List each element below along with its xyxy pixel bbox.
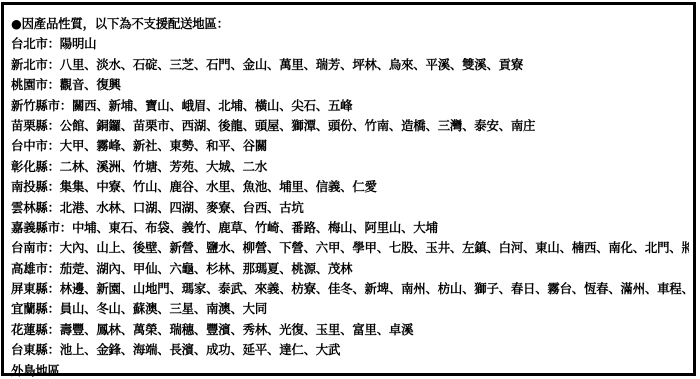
separator: ： [48, 200, 60, 215]
region-line-hsinchu: 新竹縣市：關西、新埔、寶山、峨眉、北埔、橫山、尖石、五峰 [11, 96, 689, 116]
region-name: 桃園市 [11, 77, 48, 92]
separator: ： [48, 240, 60, 255]
region-name: 嘉義縣市 [11, 220, 60, 235]
region-name: 苗栗縣 [11, 118, 48, 133]
region-name: 高雄市 [11, 261, 48, 276]
notice-box: ●因產品性質，以下為不支援配送地區： 台北市：陽明山 新北市：八里、淡水、石碇、… [1, 2, 696, 376]
region-areas: 集集、中寮、竹山、鹿谷、水里、魚池、埔里、信義、仁愛 [60, 179, 377, 194]
region-areas: 中埔、東石、布袋、義竹、鹿草、竹崎、番路、梅山、阿里山、大埔 [72, 220, 438, 235]
region-areas: 林邊、新園、山地門、瑪家、泰武、來義、枋寮、佳冬、新埤、南州、枋山、獅子、春日、… [60, 281, 689, 296]
separator: ： [48, 36, 60, 51]
region-name: 彰化縣 [11, 159, 48, 174]
region-areas: 公館、銅鑼、苗栗市、西湖、後龍、頭屋、獅潭、頭份、竹南、造橋、三灣、泰安、南庄 [60, 118, 535, 133]
region-line-taoyuan: 桃園市：觀音、復興 [11, 75, 689, 95]
region-line-new-taipei: 新北市：八里、淡水、石碇、三芝、石門、金山、萬里、瑞芳、坪林、烏來、平溪、雙溪、… [11, 55, 689, 75]
separator: ： [48, 57, 60, 72]
region-line-pingtung: 屏東縣：林邊、新園、山地門、瑪家、泰武、來義、枋寮、佳冬、新埤、南州、枋山、獅子… [11, 279, 689, 299]
region-areas: 壽豐、鳳林、萬榮、瑞穗、豐濱、秀林、光復、玉里、富里、卓溪 [60, 322, 414, 337]
region-line-nantou: 南投縣：集集、中寮、竹山、鹿谷、水里、魚池、埔里、信義、仁愛 [11, 177, 689, 197]
region-name: 台南市 [11, 240, 48, 255]
region-areas: 大內、山上、後壁、新營、鹽水、柳營、下營、六甲、學甲、七股、玉井、左鎮、白河、東… [60, 240, 689, 255]
separator: ： [60, 220, 72, 235]
separator: ： [48, 261, 60, 276]
separator: ： [48, 301, 60, 316]
separator: ： [48, 281, 60, 296]
separator: ： [60, 98, 72, 113]
region-areas: 茄萣、湖內、甲仙、六龜、杉林、那瑪夏、桃源、茂林 [60, 261, 353, 276]
separator: ： [48, 118, 60, 133]
separator: ： [48, 138, 60, 153]
region-name: 屏東縣 [11, 281, 48, 296]
region-line-yunlin: 雲林縣：北港、水林、口湖、四湖、麥寮、台西、古坑 [11, 198, 689, 218]
region-line-hualien: 花蓮縣：壽豐、鳳林、萬榮、瑞穗、豐濱、秀林、光復、玉里、富里、卓溪 [11, 320, 689, 340]
separator: ： [48, 342, 60, 357]
region-line-taichung: 台中市：大甲、霧峰、新社、東勢、和平、谷關 [11, 136, 689, 156]
region-name: 新北市 [11, 57, 48, 72]
region-areas: 北港、水林、口湖、四湖、麥寮、台西、古坑 [60, 200, 304, 215]
region-line-chiayi: 嘉義縣市：中埔、東石、布袋、義竹、鹿草、竹崎、番路、梅山、阿里山、大埔 [11, 218, 689, 238]
region-areas: 觀音、復興 [60, 77, 121, 92]
separator: ： [48, 322, 60, 337]
region-name: 南投縣 [11, 179, 48, 194]
notice-footer-outlying-islands: 外島地區 [11, 361, 689, 379]
separator: ： [48, 159, 60, 174]
region-name: 台東縣 [11, 342, 48, 357]
separator: ： [48, 179, 60, 194]
notice-content: ●因產品性質，以下為不支援配送地區： 台北市：陽明山 新北市：八里、淡水、石碇、… [11, 14, 689, 379]
region-line-taitung: 台東縣：池上、金鋒、海端、長濱、成功、延平、達仁、大武 [11, 340, 689, 360]
region-line-miaoli: 苗栗縣：公館、銅鑼、苗栗市、西湖、後龍、頭屋、獅潭、頭份、竹南、造橋、三灣、泰安… [11, 116, 689, 136]
region-name: 新竹縣市 [11, 98, 60, 113]
region-name: 台北市 [11, 36, 48, 51]
region-line-changhua: 彰化縣：二林、溪洲、竹塘、芳苑、大城、二水 [11, 157, 689, 177]
region-areas: 大甲、霧峰、新社、東勢、和平、谷關 [60, 138, 267, 153]
region-areas: 關西、新埔、寶山、峨眉、北埔、橫山、尖石、五峰 [72, 98, 352, 113]
region-name: 台中市 [11, 138, 48, 153]
region-areas: 二林、溪洲、竹塘、芳苑、大城、二水 [60, 159, 267, 174]
separator: ： [48, 77, 60, 92]
region-areas: 員山、冬山、蘇澳、三星、南澳、大同 [60, 301, 267, 316]
region-line-yilan: 宜蘭縣：員山、冬山、蘇澳、三星、南澳、大同 [11, 299, 689, 319]
region-line-taipei: 台北市：陽明山 [11, 34, 689, 54]
region-line-tainan: 台南市：大內、山上、後壁、新營、鹽水、柳營、下營、六甲、學甲、七股、玉井、左鎮、… [11, 238, 689, 258]
region-areas: 陽明山 [60, 36, 97, 51]
region-name: 宜蘭縣 [11, 301, 48, 316]
region-areas: 池上、金鋒、海端、長濱、成功、延平、達仁、大武 [60, 342, 340, 357]
region-name: 雲林縣 [11, 200, 48, 215]
region-line-kaohsiung: 高雄市：茄萣、湖內、甲仙、六龜、杉林、那瑪夏、桃源、茂林 [11, 259, 689, 279]
region-areas: 八里、淡水、石碇、三芝、石門、金山、萬里、瑞芳、坪林、烏來、平溪、雙溪、貢寮 [60, 57, 523, 72]
notice-heading: ●因產品性質，以下為不支援配送地區： [11, 14, 689, 34]
region-name: 花蓮縣 [11, 322, 48, 337]
